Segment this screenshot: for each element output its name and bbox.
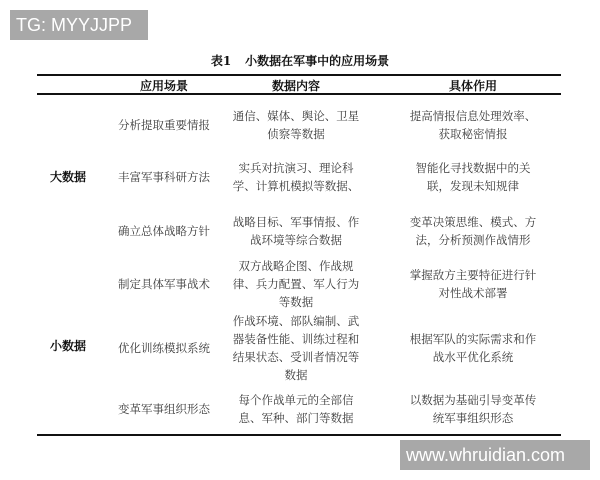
row-4-effect: 根据军队的实际需求和作 战水平优化系统 — [398, 312, 548, 384]
row-2-data: 战略目标、军事情报、作 战环境等综合数据 — [230, 206, 362, 256]
row-0-effect: 提高情报信息处理效率、 获取秘密情报 — [398, 100, 548, 150]
watermark-top: TG: MYYJJPP — [10, 10, 148, 40]
header-effect: 具体作用 — [398, 77, 548, 93]
category-big-data: 大数据 — [40, 168, 96, 185]
row-5-data: 每个作战单元的全部信 息、军种、部门等数据 — [230, 388, 362, 430]
table-bottom-rule — [37, 434, 561, 436]
caption-title: 小数据在军事中的应用场景 — [245, 54, 389, 68]
row-1-data: 实兵对抗演习、理论科 学、计算机模拟等数据、 — [230, 152, 362, 202]
row-3-effect: 掌握敌方主要特征进行针 对性战术部署 — [398, 256, 548, 312]
row-3-data: 双方战略企图、作战规 律、兵力配置、军人行为 等数据 — [230, 256, 362, 312]
table-top-rule — [37, 74, 561, 76]
header-data: 数据内容 — [230, 77, 362, 93]
row-1-effect: 智能化寻找数据中的关 联，发现未知规律 — [398, 152, 548, 202]
row-2-scene: 确立总体战略方针 — [100, 206, 228, 256]
row-1-scene: 丰富军事科研方法 — [100, 152, 228, 202]
row-4-scene: 优化训练模拟系统 — [100, 312, 228, 384]
table-caption: 表1小数据在军事中的应用场景 — [0, 52, 600, 69]
header-scene: 应用场景 — [100, 77, 228, 93]
row-2-effect: 变革决策思维、模式、方 法，分析预测作战情形 — [398, 206, 548, 256]
row-4-data: 作战环境、部队编制、武 器装备性能、训练过程和 结果状态、受训者情况等 数据 — [230, 312, 362, 384]
row-0-data: 通信、媒体、舆论、卫星 侦察等数据 — [230, 100, 362, 150]
row-0-scene: 分析提取重要情报 — [100, 100, 228, 150]
table-header-rule — [37, 93, 561, 95]
watermark-bottom: www.whruidian.com — [400, 440, 590, 470]
category-small-data: 小数据 — [40, 337, 96, 354]
row-5-effect: 以数据为基础引导变革传 统军事组织形态 — [398, 388, 548, 430]
row-3-scene: 制定具体军事战术 — [100, 256, 228, 312]
row-5-scene: 变革军事组织形态 — [100, 388, 228, 430]
caption-number: 表1 — [211, 54, 231, 68]
